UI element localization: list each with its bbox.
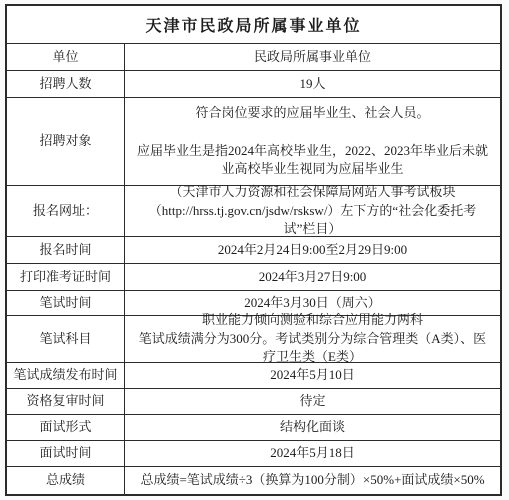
row-label: 总成绩: [7, 467, 125, 494]
table-row-interview-format: 面试形式 结构化面谈: [7, 415, 500, 441]
row-value: 职业能力倾向测验和综合应用能力两科 笔试成绩满分为300分。考试类别分为综合管理…: [125, 316, 500, 362]
row-label: 招聘人数: [7, 71, 125, 97]
row-label: 打印准考证时间: [7, 264, 125, 290]
row-value: 2024年3月27日9:00: [125, 264, 500, 290]
row-value: 结构化面谈: [125, 415, 500, 440]
recruitment-info-table: 天津市民政局所属事业单位 单位 民政局所属事业单位 招聘人数 19人 招聘对象 …: [5, 4, 502, 496]
row-label: 报名时间: [7, 237, 125, 263]
row-value: 待定: [125, 389, 500, 414]
row-value: 19人: [125, 71, 500, 97]
row-label: 笔试时间: [7, 291, 125, 315]
table-row-headcount: 招聘人数 19人: [7, 71, 500, 98]
row-label: 资格复审时间: [7, 389, 125, 414]
row-label: 笔试科目: [7, 316, 125, 362]
table-title: 天津市民政局所属事业单位: [7, 6, 500, 44]
table-row-registration-time: 报名时间 2024年2月24日9:00至2月29日9:00: [7, 237, 500, 264]
row-value: 2024年2月24日9:00至2月29日9:00: [125, 237, 500, 263]
table-row-qualification-review: 资格复审时间 待定: [7, 389, 500, 415]
row-value: 2024年5月18日: [125, 441, 500, 466]
table-row-unit: 单位 民政局所属事业单位: [7, 44, 500, 71]
row-label: 面试形式: [7, 415, 125, 440]
table-row-print-admission: 打印准考证时间 2024年3月27日9:00: [7, 264, 500, 291]
row-label: 招聘对象: [7, 98, 125, 185]
row-value: 总成绩=笔试成绩÷3（换算为100分制）×50%+面试成绩×50%: [125, 467, 500, 494]
table-title-text: 天津市民政局所属事业单位: [145, 13, 361, 36]
table-row-registration-site: 报名网址： （天津市人力资源和社会保障局网站人事考试板块 （http://hrs…: [7, 186, 500, 237]
row-label: 笔试成绩发布时间: [7, 363, 125, 388]
table-row-target: 招聘对象 符合岗位要求的应届毕业生、社会人员。 应届毕业生是指2024年高校毕业…: [7, 98, 500, 186]
table-row-written-exam-subjects: 笔试科目 职业能力倾向测验和综合应用能力两科 笔试成绩满分为300分。考试类别分…: [7, 316, 500, 363]
row-label: 面试时间: [7, 441, 125, 466]
row-label: 单位: [7, 44, 125, 70]
row-value: 2024年5月10日: [125, 363, 500, 388]
table-row-total-score: 总成绩 总成绩=笔试成绩÷3（换算为100分制）×50%+面试成绩×50%: [7, 467, 500, 494]
table-row-interview-time: 面试时间 2024年5月18日: [7, 441, 500, 467]
row-label: 报名网址：: [7, 186, 125, 236]
row-value: 符合岗位要求的应届毕业生、社会人员。 应届毕业生是指2024年高校毕业生，202…: [125, 98, 500, 185]
table-row-score-release-time: 笔试成绩发布时间 2024年5月10日: [7, 363, 500, 389]
row-value: 民政局所属事业单位: [125, 44, 500, 70]
row-value: （天津市人力资源和社会保障局网站人事考试板块 （http://hrss.tj.g…: [125, 186, 500, 236]
